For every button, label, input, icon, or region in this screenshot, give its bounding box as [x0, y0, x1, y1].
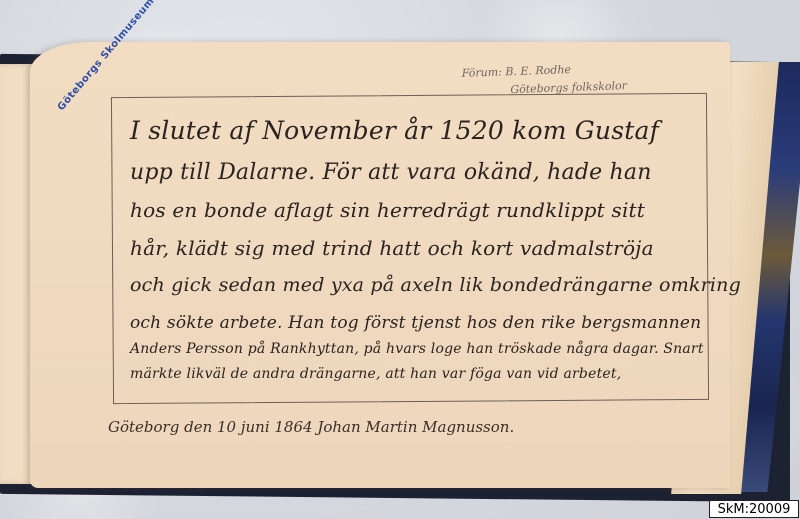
text-line: I slutet af November år 1520 kom Gustaf [130, 116, 659, 145]
signature-line: Göteborg den 10 juni 1864 Johan Martin M… [108, 418, 514, 436]
text-line: hos en bonde aflagt sin herredrägt rundk… [130, 198, 645, 222]
text-line: märkte likväl de andra drängarne, att ha… [130, 366, 621, 382]
text-line: hår, klädt sig med trind hatt och kort v… [130, 236, 654, 260]
text-line: Anders Persson på Rankhyttan, på hvars l… [130, 341, 704, 357]
catalog-number-label: SkM:20009 [709, 500, 799, 518]
text-line: upp till Dalarne. För att vara okänd, ha… [130, 160, 652, 185]
text-line: och sökte arbete. Han tog först tjenst h… [130, 313, 701, 333]
text-line: och gick sedan med yxa på axeln lik bond… [130, 274, 741, 296]
